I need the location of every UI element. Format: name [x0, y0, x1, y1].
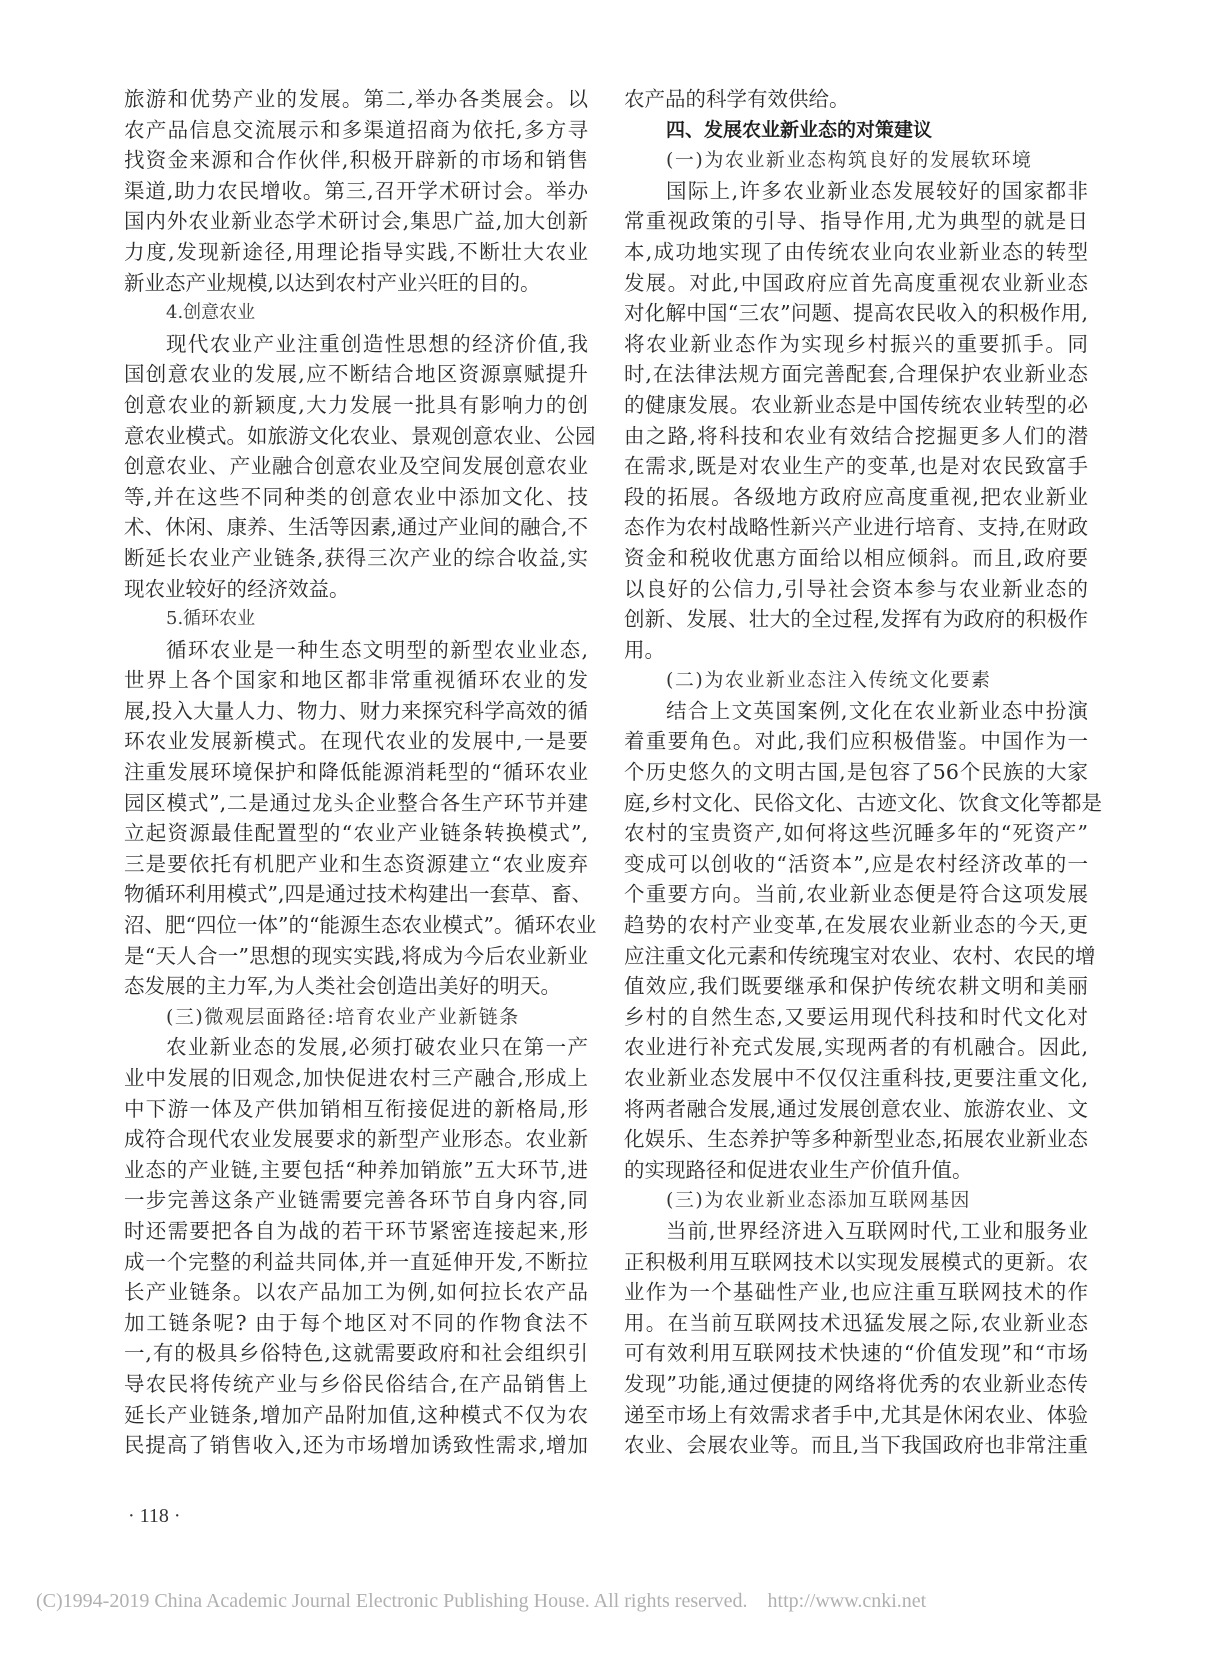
paragraph-first-line: 国际上,许多农业新业态发展较好的国家都非: [624, 176, 1088, 207]
text-line: 环农业发展新模式。在现代农业的发展中,一是要: [124, 726, 588, 757]
text-line: 用。在当前互联网技术迅猛发展之际,农业新业态: [624, 1308, 1088, 1339]
text-line: 国内外农业新业态学术研讨会,集思广益,加大创新: [124, 206, 588, 237]
paragraph-last-line: 态发展的主力军,为人类社会创造出美好的明天。: [124, 971, 588, 1002]
text-line: 导农民将传统产业与乡俗民俗结合,在产品销售上: [124, 1369, 588, 1400]
text-line: 庭,乡村文化、民俗文化、古迹文化、饮食文化等都是: [624, 788, 1088, 819]
paragraph-first-line: 循环农业是一种生态文明型的新型农业业态,: [124, 635, 588, 666]
text-line: 创意农业的新颖度,大力发展一批具有影响力的创: [124, 390, 588, 421]
text-line: 由之路,将科技和农业有效结合挖掘更多人们的潜: [624, 421, 1088, 452]
text-line: 创新、发展、壮大的全过程,发挥有为政府的积极作: [624, 604, 1088, 635]
text-line: 态作为农村战略性新兴产业进行培育、支持,在财政: [624, 512, 1088, 543]
text-line: 展,投入大量人力、物力、财力来探究科学高效的循: [124, 696, 588, 727]
text-line: 将两者融合发展,通过发展创意农业、旅游农业、文: [624, 1094, 1088, 1125]
text-line: 递至市场上有效需求者手中,尤其是休闲农业、体验: [624, 1400, 1088, 1431]
text-line: 应注重文化元素和传统瑰宝对农业、农村、农民的增: [624, 941, 1088, 972]
text-line: 农业进行补充式发展,实现两者的有机融合。因此,: [624, 1032, 1088, 1063]
text-line: 农业、会展农业等。而且,当下我国政府也非常注重: [624, 1430, 1088, 1461]
text-line: 时还需要把各自为战的若干环节紧密连接起来,形: [124, 1216, 588, 1247]
text-line: 术、休闲、康养、生活等因素,通过产业间的融合,不: [124, 512, 588, 543]
text-line: 农村的宝贵资产,如何将这些沉睡多年的“死资产”: [624, 818, 1088, 849]
paragraph-first-line: 结合上文英国案例,文化在农业新业态中扮演: [624, 696, 1088, 727]
copyright-footer: (C)1994-2019 China Academic Journal Elec…: [36, 1590, 926, 1613]
text-line: 世界上各个国家和地区都非常重视循环农业的发: [124, 665, 588, 696]
text-line: 值效应,我们既要继承和保护传统农耕文明和美丽: [624, 971, 1088, 1002]
page-number: · 118 ·: [128, 1505, 181, 1528]
text-line: 着重要角色。对此,我们应积极借鉴。中国作为一: [624, 726, 1088, 757]
text-line: 旅游和优势产业的发展。第二,举办各类展会。以: [124, 84, 588, 115]
subsection-heading: (三)微观层面路径:培育农业产业新链条: [124, 1002, 588, 1033]
text-line: 业态的产业链,主要包括“种养加销旅”五大环节,进: [124, 1155, 588, 1186]
text-line: 资金和税收优惠方面给以相应倾斜。而且,政府要: [624, 543, 1088, 574]
left-column: 旅游和优势产业的发展。第二,举办各类展会。以农产品信息交流展示和多渠道招商为依托…: [124, 84, 588, 1461]
text-line: 时,在法律法规方面完善配套,合理保护农业新业态: [624, 359, 1088, 390]
text-line: 加工链条呢? 由于每个地区对不同的作物食法不: [124, 1308, 588, 1339]
text-line: 注重发展环境保护和降低能源消耗型的“循环农业: [124, 757, 588, 788]
text-line: 趋势的农村产业变革,在发展农业新业态的今天,更: [624, 910, 1088, 941]
subsection-heading: 4.创意农业: [124, 298, 588, 329]
text-line: 变成可以创收的“活资本”,应是农村经济改革的一: [624, 849, 1088, 880]
text-line: 三是要依托有机肥产业和生态资源建立“农业废弃: [124, 849, 588, 880]
text-line: 段的拓展。各级地方政府应高度重视,把农业新业: [624, 482, 1088, 513]
text-line: 园区模式”,二是通过龙头企业整合各生产环节并建: [124, 788, 588, 819]
text-line: 长产业链条。以农产品加工为例,如何拉长农产品: [124, 1277, 588, 1308]
text-line: 个历史悠久的文明古国,是包容了56个民族的大家: [624, 757, 1088, 788]
text-line: 民提高了销售收入,还为市场增加诱致性需求,增加: [124, 1430, 588, 1461]
text-line: 创意农业、产业融合创意农业及空间发展创意农业: [124, 451, 588, 482]
text-line: 在需求,既是对农业生产的变革,也是对农民致富手: [624, 451, 1088, 482]
text-line: 断延长农业产业链条,获得三次产业的综合收益,实: [124, 543, 588, 574]
paragraph-last-line: 新业态产业规模,以达到农村产业兴旺的目的。: [124, 268, 588, 299]
text-line: 对化解中国“三农”问题、提高农民收入的积极作用,: [624, 298, 1088, 329]
text-line: 立起资源最佳配置型的“农业产业链条转换模式”,: [124, 818, 588, 849]
text-line: 沼、肥“四位一体”的“能源生态农业模式”。循环农业: [124, 910, 588, 941]
text-line: 发现”功能,通过便捷的网络将优秀的农业新业态传: [624, 1369, 1088, 1400]
text-line: 业作为一个基础性产业,也应注重互联网技术的作: [624, 1277, 1088, 1308]
text-line: 化娱乐、生态养护等多种新型业态,拓展农业新业态: [624, 1124, 1088, 1155]
paragraph-last-line: 现农业较好的经济效益。: [124, 574, 588, 605]
text-line: 一步完善这条产业链需要完善各环节自身内容,同: [124, 1185, 588, 1216]
text-line: 农产品信息交流展示和多渠道招商为依托,多方寻: [124, 115, 588, 146]
text-line: 农业新业态发展中不仅仅注重科技,更要注重文化,: [624, 1063, 1088, 1094]
paragraph-first-line: 当前,世界经济进入互联网时代,工业和服务业: [624, 1216, 1088, 1247]
right-column: 农产品的科学有效供给。四、发展农业新业态的对策建议(一)为农业新业态构筑良好的发…: [624, 84, 1088, 1461]
text-line: 中下游一体及产供加销相互衔接促进的新格局,形: [124, 1094, 588, 1125]
text-line: 个重要方向。当前,农业新业态便是符合这项发展: [624, 879, 1088, 910]
paragraph-last-line: 用。: [624, 635, 1088, 666]
text-line: 是“天人合一”思想的现实实践,将成为今后农业新业: [124, 941, 588, 972]
text-line: 一,有的极具乡俗特色,这就需要政府和社会组织引: [124, 1338, 588, 1369]
text-line: 以良好的公信力,引导社会资本参与农业新业态的: [624, 574, 1088, 605]
text-line: 的健康发展。农业新业态是中国传统农业转型的必: [624, 390, 1088, 421]
subsection-heading: 5.循环农业: [124, 604, 588, 635]
text-line: 业中发展的旧观念,加快促进农村三产融合,形成上: [124, 1063, 588, 1094]
subsection-heading: (三)为农业新业态添加互联网基因: [624, 1185, 1088, 1216]
subsection-heading: (二)为农业新业态注入传统文化要素: [624, 665, 1088, 696]
text-line: 物循环利用模式”,四是通过技术构建出一套草、畜、: [124, 879, 588, 910]
paragraph-last-line: 的实现路径和促进农业生产价值升值。: [624, 1155, 1088, 1186]
text-line: 本,成功地实现了由传统农业向农业新业态的转型: [624, 237, 1088, 268]
subsection-heading: (一)为农业新业态构筑良好的发展软环境: [624, 145, 1088, 176]
text-line: 国创意农业的发展,应不断结合地区资源禀赋提升: [124, 359, 588, 390]
section-heading: 四、发展农业新业态的对策建议: [624, 115, 1088, 146]
text-line: 正积极利用互联网技术以实现发展模式的更新。农: [624, 1247, 1088, 1278]
text-line: 力度,发现新途径,用理论指导实践,不断壮大农业: [124, 237, 588, 268]
text-line: 常重视政策的引导、指导作用,尤为典型的就是日: [624, 206, 1088, 237]
text-line: 将农业新业态作为实现乡村振兴的重要抓手。同: [624, 329, 1088, 360]
text-line: 成符合现代农业发展要求的新型产业形态。农业新: [124, 1124, 588, 1155]
text-line: 发展。对此,中国政府应首先高度重视农业新业态: [624, 268, 1088, 299]
text-line: 成一个完整的利益共同体,并一直延伸开发,不断拉: [124, 1247, 588, 1278]
text-line: 找资金来源和合作伙伴,积极开辟新的市场和销售: [124, 145, 588, 176]
paragraph-first-line: 农业新业态的发展,必须打破农业只在第一产: [124, 1032, 588, 1063]
paragraph-first-line: 现代农业产业注重创造性思想的经济价值,我: [124, 329, 588, 360]
text-line: 渠道,助力农民增收。第三,召开学术研讨会。举办: [124, 176, 588, 207]
text-line: 可有效利用互联网技术快速的“价值发现”和“市场: [624, 1338, 1088, 1369]
text-line: 延长产业链条,增加产品附加值,这种模式不仅为农: [124, 1400, 588, 1431]
text-line: 乡村的自然生态,又要运用现代科技和时代文化对: [624, 1002, 1088, 1033]
text-line: 等,并在这些不同种类的创意农业中添加文化、技: [124, 482, 588, 513]
text-line: 意农业模式。如旅游文化农业、景观创意农业、公园: [124, 421, 588, 452]
paragraph-last-line: 农产品的科学有效供给。: [624, 84, 1088, 115]
